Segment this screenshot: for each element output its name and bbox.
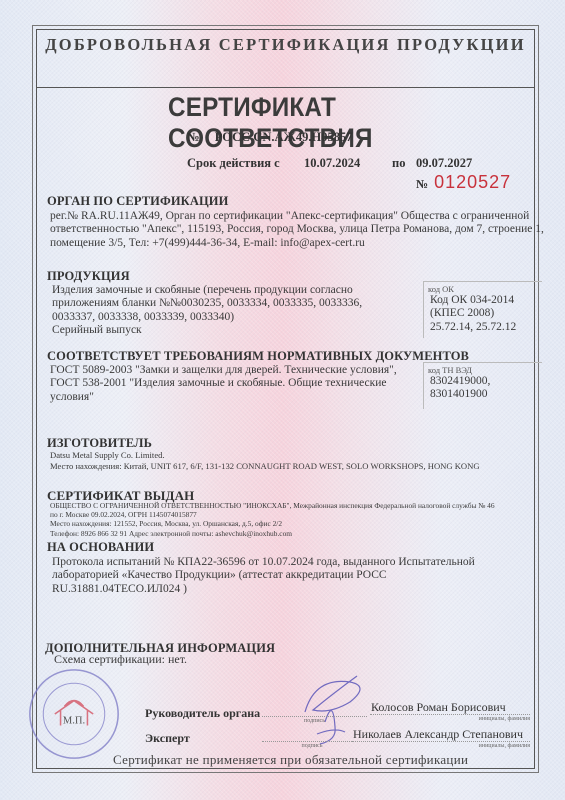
text-line: Место нахождения: Китай, UNIT 617, 6/F, … <box>50 461 480 472</box>
section-heading-certification-body: ОРГАН ПО СЕРТИФИКАЦИИ <box>47 194 228 209</box>
blank-number: №0120527 <box>416 172 511 193</box>
code-tnved-line: 8302419000, <box>428 375 542 388</box>
code-tnved-box: код ТН ВЭД 8302419000, 8301401900 <box>423 362 542 409</box>
text-line: Протокола испытаний № КПА22-36596 от 10.… <box>52 556 475 569</box>
certification-type-header: ДОБРОВОЛЬНАЯ СЕРТИФИКАЦИЯ ПРОДУКЦИИ <box>37 35 534 55</box>
additional-text: Схема сертификации: нет. <box>54 653 187 666</box>
code-tnved-caption: код ТН ВЭД <box>428 365 542 375</box>
valid-from: 10.07.2024 <box>304 156 360 171</box>
code-ok-line: (КПЕС 2008) <box>428 307 542 320</box>
text-line: RU.31881.04ТЕСО.ИЛ024 ) <box>52 583 475 596</box>
text-line: ГОСТ 538-2001 "Изделия замочные и скобян… <box>50 377 397 390</box>
section-heading-compliance: СООТВЕТСТВУЕТ ТРЕБОВАНИЯМ НОРМАТИВНЫХ ДО… <box>47 349 469 364</box>
text-line: Серийный выпуск <box>52 324 362 337</box>
certification-body-text: рег.№ RA.RU.11АЖ49, Орган по сертификаци… <box>50 210 544 250</box>
text-line: Место нахождения: 121552, Россия, Москва… <box>50 519 495 528</box>
text-line: по г. Москве 09.02.2024, ОГРН 1145074015… <box>50 510 495 519</box>
issued-to-text: ОБЩЕСТВО С ОГРАНИЧЕННОЙ ОТВЕТСТВЕННОСТЬЮ… <box>50 501 495 538</box>
code-ok-line: Код ОК 034-2014 <box>428 294 542 307</box>
head-name-caption: инициалы, фамилия <box>400 716 530 722</box>
section-heading-basis: НА ОСНОВАНИИ <box>47 540 154 555</box>
text-line: условия" <box>50 391 397 404</box>
code-tnved-line: 8301401900 <box>428 388 542 401</box>
text-line: ГОСТ 5089-2003 "Замки и защелки для двер… <box>50 364 397 377</box>
text-line: ОБЩЕСТВО С ОГРАНИЧЕННОЙ ОТВЕТСТВЕННОСТЬЮ… <box>50 501 495 510</box>
text-line: Телефон: 8926 866 32 91 Адрес электронно… <box>50 529 495 538</box>
official-stamp-icon: М.П. <box>26 666 122 762</box>
expert-name-caption: инициалы, фамилия <box>400 743 530 749</box>
validity-label: Срок действия с <box>187 156 280 171</box>
code-ok-line: 25.72.14, 25.72.12 <box>428 321 542 334</box>
footer-notice: Сертификат не применяется при обязательн… <box>113 752 468 768</box>
basis-text: Протокола испытаний № КПА22-36596 от 10.… <box>52 556 475 596</box>
text-line: 0033337, 0033338, 0033339, 0033340) <box>52 311 362 324</box>
compliance-text: ГОСТ 5089-2003 "Замки и защелки для двер… <box>50 364 397 404</box>
number-value: РОСС CN.АЖ49.Н05857 <box>215 130 353 144</box>
text-line: приложениям бланки №№0030235, 0033334, 0… <box>52 297 362 310</box>
expert-name-line <box>352 741 530 742</box>
expert-signature-line <box>262 741 362 742</box>
number-label: № <box>187 130 200 144</box>
valid-to-label: по <box>392 156 405 171</box>
expert-signature-caption: подпись <box>262 743 362 749</box>
expert-name: Николаев Александр Степанович <box>353 727 523 742</box>
head-signature-caption: подпись <box>262 718 367 724</box>
text-line: лабораторией «Качество Продукции» (аттес… <box>52 569 475 582</box>
section-heading-products: ПРОДУКЦИЯ <box>47 269 130 284</box>
head-name: Колосов Роман Борисович <box>371 700 506 715</box>
blank-number-label: № <box>416 177 428 191</box>
text-line: Datsu Metal Supply Co. Limited. <box>50 450 480 461</box>
head-signature-line <box>262 716 367 717</box>
text-line: помещение 3/5, Тел: +7(499)444-36-34, E-… <box>50 237 544 250</box>
section-heading-manufacturer: ИЗГОТОВИТЕЛЬ <box>47 436 152 451</box>
head-name-line <box>370 714 530 715</box>
code-ok-caption: код ОК <box>428 284 542 294</box>
code-ok-box: код ОК Код ОК 034-2014 (КПЕС 2008) 25.72… <box>423 281 542 338</box>
text-line: ответственностью "Апекс", 115193, Россия… <box>50 223 544 236</box>
products-text: Изделия замочные и скобяные (перечень пр… <box>52 284 362 338</box>
certificate-number: № РОСС CN.АЖ49.Н05857 <box>187 130 352 145</box>
header-divider <box>37 87 534 88</box>
stamp-text: М.П. <box>63 716 85 727</box>
blank-number-value: 0120527 <box>434 172 511 192</box>
head-of-body-label: Руководитель органа <box>145 706 260 721</box>
expert-label: Эксперт <box>145 731 190 746</box>
valid-to: 09.07.2027 <box>416 156 472 171</box>
text-line: Изделия замочные и скобяные (перечень пр… <box>52 284 362 297</box>
text-line: рег.№ RA.RU.11АЖ49, Орган по сертификаци… <box>50 210 544 223</box>
manufacturer-text: Datsu Metal Supply Co. Limited. Место на… <box>50 450 480 472</box>
